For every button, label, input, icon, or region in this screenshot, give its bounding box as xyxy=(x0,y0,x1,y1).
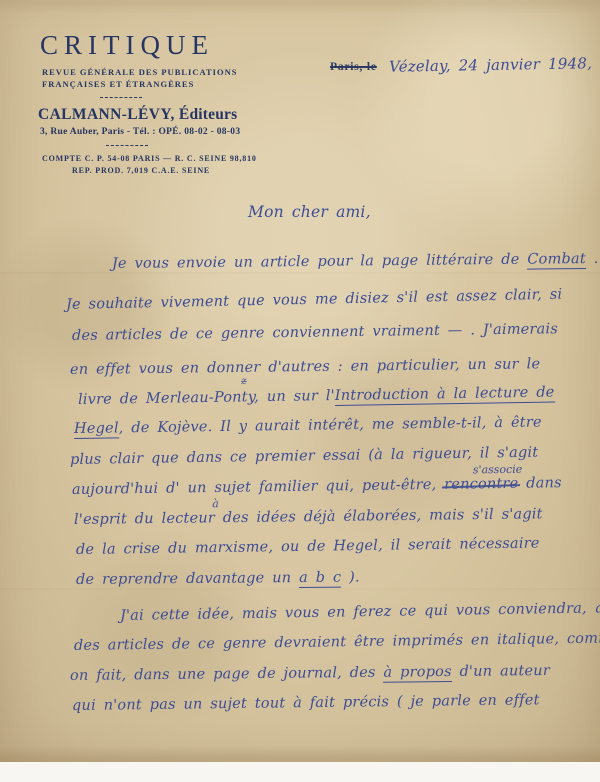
handwritten-line: aujourd'hui d' un sujet familier qui, pe… xyxy=(72,475,562,498)
handwritten-line: plus clair que dans ce premier essai (à … xyxy=(70,445,539,468)
inserted-word-above: s'associe xyxy=(473,463,523,477)
publisher-role: Éditeurs xyxy=(175,106,238,123)
handwritten-text: en effet vous en donnerz xyxy=(70,360,261,378)
letterhead-divider xyxy=(100,97,142,98)
paper-crease xyxy=(0,588,600,590)
handwritten-line: de la crise du marxisme, ou de Hegel, il… xyxy=(76,536,540,558)
review-subtitle-line1: REVUE GÉNÉRALE DES PUBLICATIONS xyxy=(42,67,258,77)
salutation: Mon cher ami, xyxy=(248,203,371,221)
handwritten-text: l'esprit du lecteurà xyxy=(74,510,215,528)
correction-mark-below: z xyxy=(241,376,247,387)
handwritten-text: de la crise du marxisme, ou de Hegel, il… xyxy=(76,536,540,558)
struck-out-word: rencontres'associe xyxy=(444,476,518,493)
underlined-phrase: Combat xyxy=(527,251,586,270)
dateline: Paris, le Vézelay, 24 janvier 1948, xyxy=(330,56,592,75)
underlined-phrase: Introduction à la lecture de xyxy=(335,385,555,406)
handwritten-line: des articles de ce genre devraient être … xyxy=(74,630,600,654)
handwritten-text: J'ai cette idée, mais vous en ferez ce q… xyxy=(120,600,600,624)
letter-paper: CRITIQUE REVUE GÉNÉRALE DES PUBLICATIONS… xyxy=(0,0,600,762)
handwritten-line: Je vous envoie un article pour la page l… xyxy=(112,251,599,272)
underlined-phrase: Hegel xyxy=(74,420,119,439)
handwritten-line: qui n'ont pas un sujet tout à fait préci… xyxy=(72,692,540,714)
handwritten-text: . xyxy=(586,251,599,267)
handwritten-text: livre de Merleau-Ponty, un sur l' xyxy=(78,388,335,408)
handwritten-text: qui n'ont pas un sujet tout à fait préci… xyxy=(72,692,540,714)
handwritten-line: l'esprit du lecteurà des idées déjà élab… xyxy=(74,506,543,528)
handwritten-text: des articles de ce genre conviennent vra… xyxy=(72,321,558,344)
letterhead: CRITIQUE REVUE GÉNÉRALE DES PUBLICATIONS… xyxy=(38,30,258,175)
handwritten-line: en effet vous en donnerz d'autres : en p… xyxy=(70,356,540,378)
scan-background xyxy=(0,762,600,782)
handwritten-line: J'ai cette idée, mais vous en ferez ce q… xyxy=(120,600,600,624)
handwritten-line: Hegel, de Kojève. Il y aurait intérêt, m… xyxy=(74,414,542,437)
handwritten-line: livre de Merleau-Ponty, un sur l'Introdu… xyxy=(78,385,555,408)
review-title: CRITIQUE xyxy=(40,30,258,61)
account-line1: COMPTE C. P. 54-08 PARIS — R. C. SEINE 9… xyxy=(42,154,258,163)
handwritten-text: ). xyxy=(341,570,360,586)
publisher-name: CALMANN-LÉVY, xyxy=(38,106,175,123)
printed-place-struck: Paris, le xyxy=(330,61,377,73)
handwritten-text: d'autres : en particulier, un sur le xyxy=(260,356,540,375)
review-subtitle-line2: FRANÇAISES ET ÉTRANGÈRES xyxy=(42,79,258,89)
handwritten-text: , de Kojève. Il y aurait intérêt, me sem… xyxy=(119,414,542,436)
letterhead-divider xyxy=(106,145,148,146)
handwritten-line: de reprendre davantage un a b c ). xyxy=(76,570,360,588)
handwritten-text: des idées déjà élaborées, mais s'il s'ag… xyxy=(215,506,543,526)
handwritten-text: aujourd'hui d' un sujet familier qui, pe… xyxy=(72,477,444,498)
publisher-address: 3, Rue Auber, Paris - Tél. : OPÉ. 08-02 … xyxy=(40,127,258,137)
publisher-line: CALMANN-LÉVY, Éditeurs xyxy=(38,106,258,124)
handwritten-date: Vézelay, 24 janvier 1948, xyxy=(389,54,592,76)
underlined-phrase: a b c xyxy=(299,570,341,588)
paper-crease xyxy=(0,272,600,274)
handwritten-text: de reprendre davantage un xyxy=(76,570,299,588)
handwritten-text: des articles de ce genre devraient être … xyxy=(74,630,600,654)
handwritten-text: d'un auteur xyxy=(452,663,550,680)
inserted-word-above: à xyxy=(212,497,219,510)
handwritten-line: on fait, dans une page de journal, des à… xyxy=(70,663,550,684)
handwritten-text: Je souhaite vivement que vous me disiez … xyxy=(66,287,563,313)
underlined-phrase: à propos xyxy=(383,664,451,683)
handwritten-line: des articles de ce genre conviennent vra… xyxy=(72,321,558,344)
handwritten-text: dans xyxy=(518,475,562,492)
handwritten-text: on fait, dans une page de journal, des xyxy=(70,665,384,684)
account-line2: REP. PROD. 7,019 C.A.E. SEINE xyxy=(72,166,258,175)
handwritten-line: Je souhaite vivement que vous me disiez … xyxy=(66,287,563,313)
handwritten-text: plus clair que dans ce premier essai (à … xyxy=(70,445,539,468)
handwritten-text: Je vous envoie un article pour la page l… xyxy=(112,252,528,272)
